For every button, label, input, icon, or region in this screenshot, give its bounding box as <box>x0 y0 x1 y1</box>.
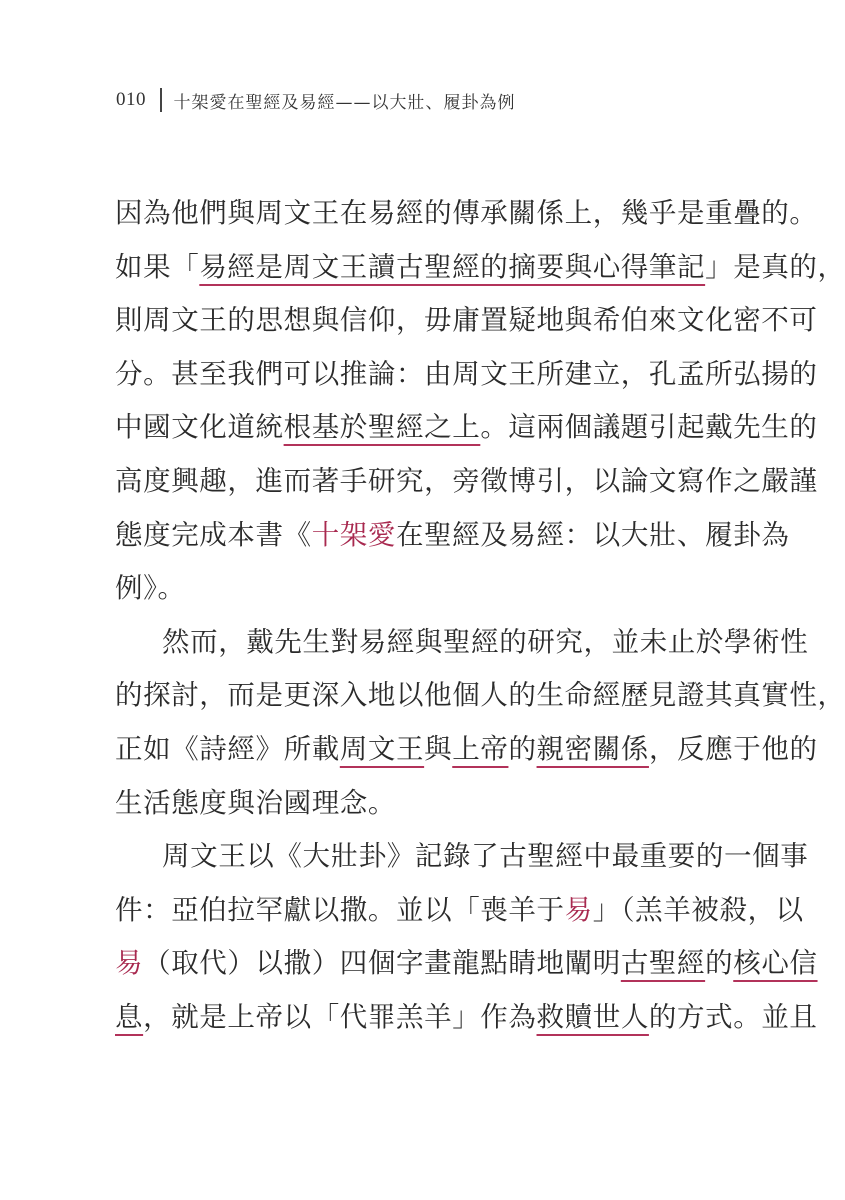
text-span: 則周文王的思想與信仰，毋庸置疑地與希伯來文化密不可 <box>115 304 818 336</box>
page-number: 010 <box>116 89 146 111</box>
text-line: 生活態度與治國理念。 <box>115 777 727 831</box>
underlined-phrase: 上帝 <box>452 733 508 765</box>
text-span: ，反應于他的 <box>649 733 818 765</box>
text-span: 正如《詩經》所載 <box>115 733 340 765</box>
text-span: 例》。 <box>115 572 186 604</box>
text-span: 高度興趣，進而著手研究，旁徵博引，以論文寫作之嚴謹 <box>115 465 818 497</box>
text-line: 則周文王的思想與信仰，毋庸置疑地與希伯來文化密不可 <box>115 294 727 348</box>
text-line: 然而，戴先生對易經與聖經的研究，並未止於學術性 <box>115 616 727 670</box>
underlined-phrase: 古聖經 <box>621 947 705 979</box>
underlined-phrase: 親密關係 <box>537 733 649 765</box>
header-divider <box>160 88 162 112</box>
text-line: 息，就是上帝以「代罪羔羊」作為救贖世人的方式。並且 <box>115 991 727 1045</box>
text-span: 的 <box>705 947 733 979</box>
underlined-phrase: 核心信 <box>733 947 817 979</box>
text-line: 如果「易經是周文王讀古聖經的摘要與心得筆記」是真的， <box>115 241 727 295</box>
text-span: 」是真的， <box>705 251 845 283</box>
text-span: 」（羔羊被殺，以 <box>593 894 804 926</box>
text-span: 然而，戴先生對易經與聖經的研究，並未止於學術性 <box>162 626 808 658</box>
text-line: 高度興趣，進而著手研究，旁徵博引，以論文寫作之嚴謹 <box>115 455 727 509</box>
text-span: （取代）以撒）四個字畫龍點睛地闡明 <box>143 947 621 979</box>
text-line: 件：亞伯拉罕獻以撒。並以「喪羊于易」（羔羊被殺，以 <box>115 884 727 938</box>
text-line: 例》。 <box>115 562 727 616</box>
highlighted-term: 易 <box>565 894 593 926</box>
text-span: 生活態度與治國理念。 <box>115 787 396 819</box>
text-span: 的探討，而是更深入地以他個人的生命經歷見證其真實性， <box>115 679 845 711</box>
book-title: 十架愛在聖經及易經——以大壯、履卦為例 <box>174 88 516 113</box>
underlined-phrase: 易經是周文王讀古聖經的摘要與心得筆記 <box>199 251 705 283</box>
text-span: 的方式。並且 <box>649 1001 818 1033</box>
text-span: 的 <box>508 733 536 765</box>
text-span: 。這兩個議題引起戴先生的 <box>480 411 817 443</box>
highlighted-term: 易 <box>115 947 143 979</box>
text-line: 中國文化道統根基於聖經之上。這兩個議題引起戴先生的 <box>115 401 727 455</box>
text-line: 的探討，而是更深入地以他個人的生命經歷見證其真實性， <box>115 669 727 723</box>
text-span: 分。甚至我們可以推論：由周文王所建立，孔孟所弘揚的 <box>115 358 818 390</box>
text-line: 正如《詩經》所載周文王與上帝的親密關係，反應于他的 <box>115 723 727 777</box>
underlined-phrase: 息 <box>115 1001 143 1033</box>
text-span: 周文王以《大壯卦》記錄了古聖經中最重要的一個事 <box>162 840 808 872</box>
body-text: 因為他們與周文王在易經的傳承關係上，幾乎是重疊的。 如果「易經是周文王讀古聖經的… <box>115 187 727 1045</box>
text-span: 與 <box>424 733 452 765</box>
text-span: 如果「 <box>115 251 199 283</box>
text-span: 中國文化道統 <box>115 411 284 443</box>
text-span: 因為他們與周文王在易經的傳承關係上，幾乎是重疊的。 <box>115 197 818 229</box>
highlighted-term: 十架愛 <box>312 519 396 551</box>
text-line: 分。甚至我們可以推論：由周文王所建立，孔孟所弘揚的 <box>115 348 727 402</box>
text-span: ，就是上帝以「代罪羔羊」作為 <box>143 1001 536 1033</box>
running-header: 010 十架愛在聖經及易經——以大壯、履卦為例 <box>116 86 516 114</box>
text-line: 周文王以《大壯卦》記錄了古聖經中最重要的一個事 <box>115 830 727 884</box>
text-span: 態度完成本書《 <box>115 519 312 551</box>
text-span: 件：亞伯拉罕獻以撒。並以「喪羊于 <box>115 894 565 926</box>
text-line: 態度完成本書《十架愛在聖經及易經：以大壯、履卦為 <box>115 509 727 563</box>
underlined-phrase: 周文王 <box>340 733 424 765</box>
text-span: 在聖經及易經：以大壯、履卦為 <box>396 519 789 551</box>
text-line: 因為他們與周文王在易經的傳承關係上，幾乎是重疊的。 <box>115 187 727 241</box>
underlined-phrase: 根基於聖經之上 <box>284 411 481 443</box>
underlined-phrase: 救贖世人 <box>537 1001 649 1033</box>
text-line: 易（取代）以撒）四個字畫龍點睛地闡明古聖經的核心信 <box>115 937 727 991</box>
